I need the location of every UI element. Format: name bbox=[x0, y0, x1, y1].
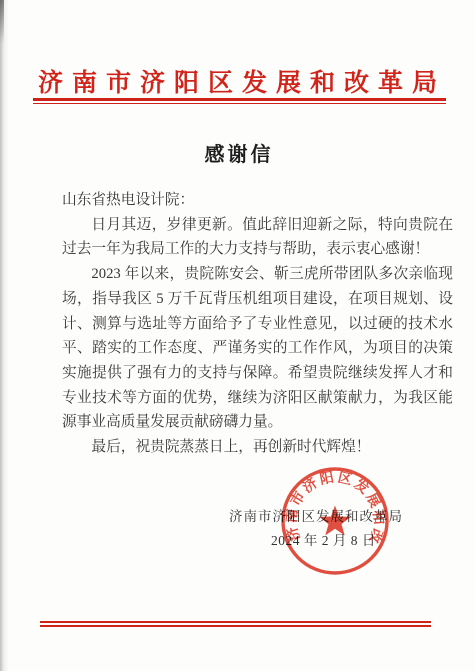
footer-divider-line bbox=[40, 621, 431, 627]
body-paragraph: 2023 年以来，贵院陈安会、靳三虎所带团队多次亲临现场，指导我区 5 万千瓦背… bbox=[62, 262, 453, 435]
document-title: 感谢信 bbox=[0, 138, 475, 167]
letterhead-divider-line bbox=[33, 98, 446, 104]
signature-org-name: 济南市济阳区发展和改革局 bbox=[229, 505, 403, 525]
scanned-letter-page: 济南市济阳区发展和改革局 感谢信 山东省热电设计院： 日月其迈，岁律更新。值此辞… bbox=[0, 0, 475, 671]
body-paragraph: 日月其迈，岁律更新。值此辞旧迎新之际，特向贵院在过去一年为我局工作的大力支持与帮… bbox=[62, 213, 453, 262]
body-paragraph: 最后，祝贵院蒸蒸日上，再创新时代辉煌！ bbox=[62, 435, 453, 460]
signature-date: 2024 年 2 月 8 日 bbox=[271, 529, 376, 549]
salutation: 山东省热电设计院： bbox=[62, 188, 453, 213]
letterhead-org-name: 济南市济阳区发展和改革局 bbox=[0, 63, 475, 99]
letter-body: 山东省热电设计院： 日月其迈，岁律更新。值此辞旧迎新之际，特向贵院在过去一年为我… bbox=[62, 188, 453, 460]
